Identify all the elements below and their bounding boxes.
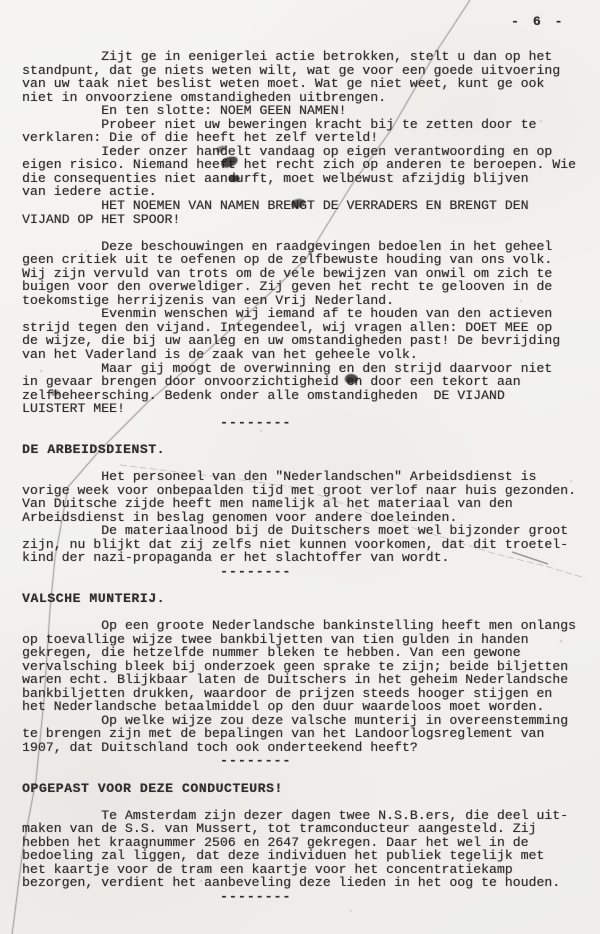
article-conducteurs-body: Te Amsterdam zijn dezer dagen twee N.S.B… (22, 809, 600, 890)
heading-valsche-munterij: VALSCHE MUNTERIJ. (22, 592, 600, 606)
article-arbeidsdienst-body: Het personeel van den "Nederlandschen" A… (22, 470, 600, 565)
scanned-newsletter-page: - 6 - Zijt ge in eenigerlei actie betrok… (0, 0, 600, 934)
section-separator-1: -------- (22, 416, 600, 430)
article-valsche-munterij-body: Op een groote Nederlandsche bankinstelli… (22, 619, 600, 754)
section-separator-2: -------- (22, 565, 600, 579)
section-separator-4: -------- (22, 890, 600, 904)
section-separator-3: -------- (22, 754, 600, 768)
heading-arbeidsdienst: DE ARBEIDSDIENST. (22, 443, 600, 457)
page-number: - 6 - (511, 15, 566, 29)
article-voorzichtigheid-body: Zijt ge in eenigerlei actie betrokken, s… (22, 50, 600, 416)
typed-text-column: Zijt ge in eenigerlei actie betrokken, s… (22, 50, 600, 903)
heading-conducteurs: OPGEPAST VOOR DEZE CONDUCTEURS! (22, 782, 600, 796)
